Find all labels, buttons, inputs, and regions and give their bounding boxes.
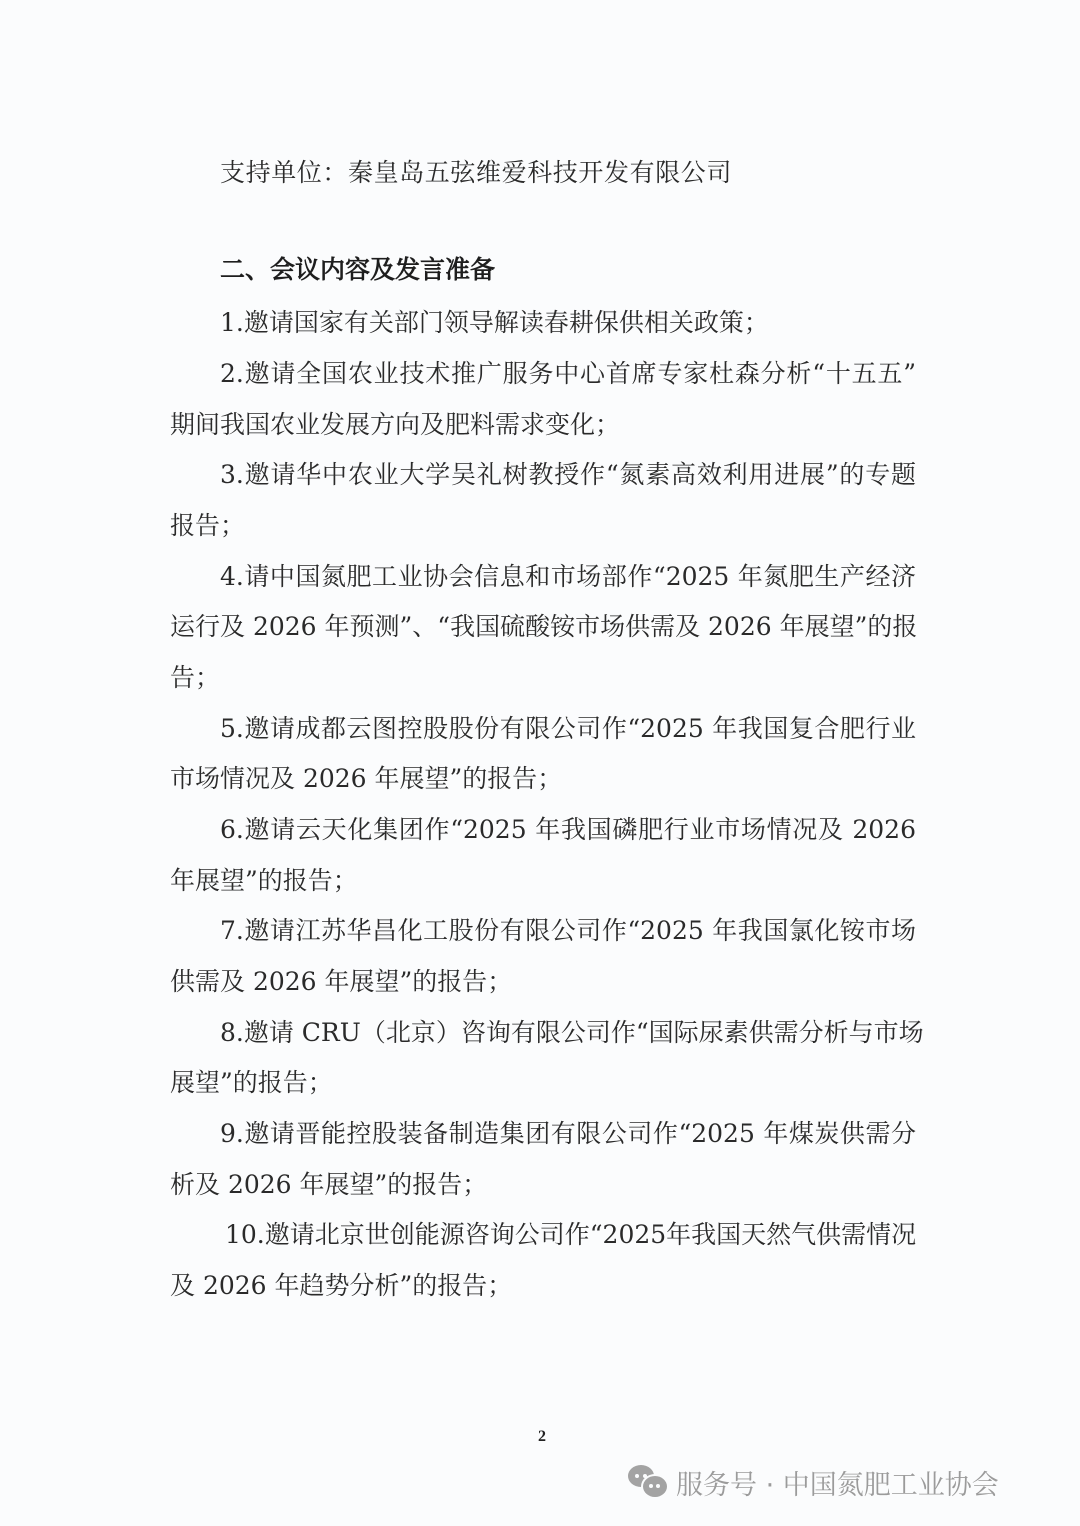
agenda-item-4-line-3: 告；	[170, 662, 916, 694]
agenda-item-1-line-1: 1.邀请国家有关部门领导解读春耕保供相关政策；	[220, 307, 916, 339]
page-number: 2	[538, 1428, 546, 1446]
agenda-item-8-line-2: 展望”的报告；	[170, 1067, 916, 1099]
agenda-item-4-line-2: 运行及 2026 年预测”、“我国硫酸铵市场供需及 2026 年展望”的报	[170, 611, 916, 643]
agenda-item-9-line-1: 9.邀请晋能控股装备制造集团有限公司作“2025 年煤炭供需分	[220, 1118, 916, 1150]
agenda-item-3-line-1: 3.邀请华中农业大学吴礼树教授作“氮素高效利用进展”的专题	[220, 459, 916, 491]
section-heading: 二、会议内容及发言准备	[220, 254, 495, 286]
agenda-item-2-line-1: 2.邀请全国农业技术推广服务中心首席专家杜森分析“十五五”	[220, 358, 916, 390]
agenda-item-10-line-2: 及 2026 年趋势分析”的报告；	[170, 1270, 916, 1302]
wechat-icon	[628, 1464, 668, 1500]
document-page: 支持单位：秦皇岛五弦维爱科技开发有限公司 二、会议内容及发言准备 1.邀请国家有…	[0, 0, 1080, 1526]
agenda-item-5-line-1: 5.邀请成都云图控股股份有限公司作“2025 年我国复合肥行业	[220, 713, 916, 745]
agenda-item-10-line-1: 10.邀请北京世创能源咨询公司作“2025年我国天然气供需情况	[225, 1219, 916, 1251]
agenda-item-8-line-1: 8.邀请 CRU（北京）咨询有限公司作“国际尿素供需分析与市场	[220, 1017, 916, 1049]
agenda-item-5-line-2: 市场情况及 2026 年展望”的报告；	[170, 763, 916, 795]
agenda-item-9-line-2: 析及 2026 年展望”的报告；	[170, 1169, 916, 1201]
agenda-item-7-line-1: 7.邀请江苏华昌化工股份有限公司作“2025 年我国氯化铵市场	[220, 915, 916, 947]
agenda-item-6-line-2: 年展望”的报告；	[170, 865, 916, 897]
agenda-item-2-line-2: 期间我国农业发展方向及肥料需求变化；	[170, 409, 916, 441]
support-unit: 支持单位：秦皇岛五弦维爱科技开发有限公司	[220, 157, 732, 189]
agenda-item-4-line-1: 4.请中国氮肥工业协会信息和市场部作“2025 年氮肥生产经济	[220, 561, 916, 593]
watermark-text: 服务号 · 中国氮肥工业协会	[676, 1463, 999, 1502]
agenda-item-3-line-2: 报告；	[170, 510, 916, 542]
agenda-item-6-line-1: 6.邀请云天化集团作“2025 年我国磷肥行业市场情况及 2026	[220, 814, 916, 846]
agenda-item-7-line-2: 供需及 2026 年展望”的报告；	[170, 966, 916, 998]
watermark: 服务号 · 中国氮肥工业协会	[628, 1460, 999, 1504]
